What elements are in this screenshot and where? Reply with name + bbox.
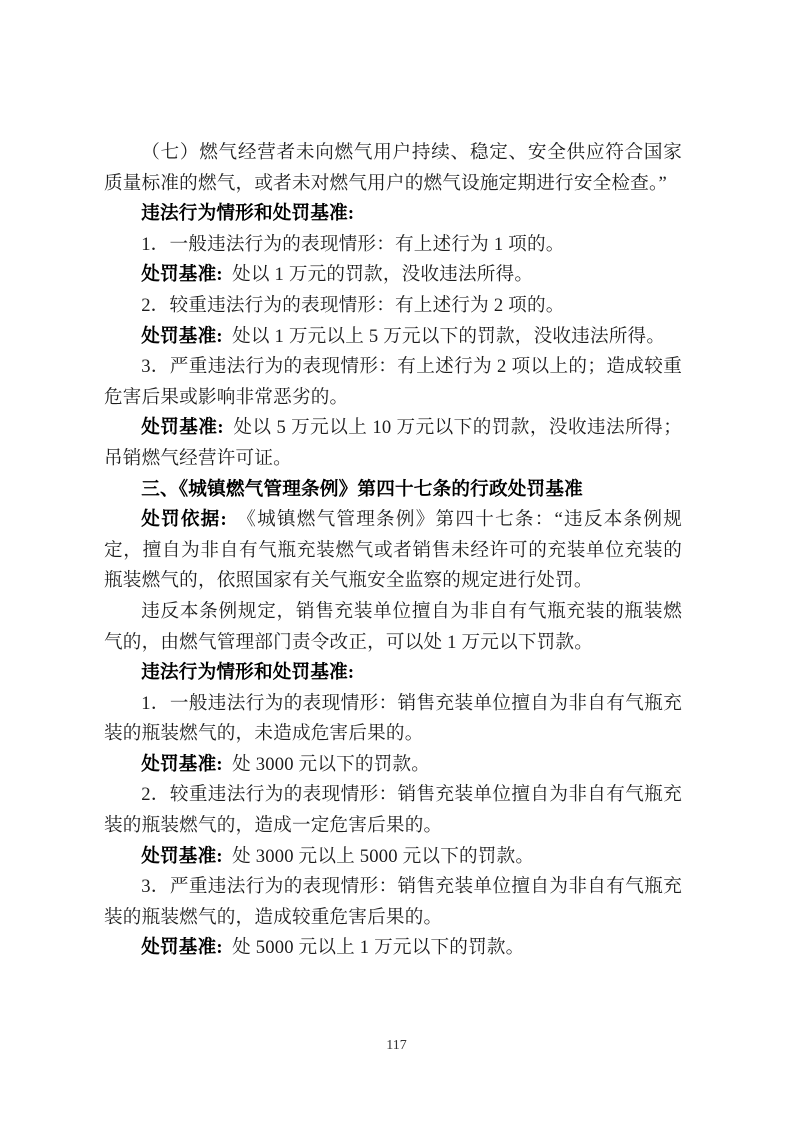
heading-section-three: 三、《城镇燃气管理条例》第四十七条的行政处罚基准 [104, 475, 682, 506]
paragraph-penalty-basis-6: 处罚基准:处 5000 元以上 1 万元以下的罚款。 [104, 933, 682, 964]
heading-violation-and-penalty-basis-2: 违法行为情形和处罚基准: [104, 658, 682, 689]
paragraph-penalty-basis-3: 处罚基准:处以 5 万元以上 10 万元以下的罚款，没收违法所得；吊销燃气经营许… [104, 413, 682, 474]
paragraph-general-violation-1: 1．一般违法行为的表现情形：有上述行为 1 项的。 [104, 230, 682, 261]
paragraph-regulation-violation: 违反本条例规定，销售充装单位擅自为非自有气瓶充装的瓶装燃气的，由燃气管理部门责令… [104, 597, 682, 658]
penalty-basis-text: 处 3000 元以上 5000 元以下的罚款。 [232, 846, 534, 867]
paragraph-moderate-violation-2: 2．较重违法行为的表现情形：销售充装单位擅自为非自有气瓶充装的瓶装燃气的，造成一… [104, 780, 682, 841]
paragraph-moderate-violation-1: 2．较重违法行为的表现情形：有上述行为 2 项的。 [104, 291, 682, 322]
paragraph-penalty-basis-4: 处罚基准:处 3000 元以下的罚款。 [104, 750, 682, 781]
document-body: （七）燃气经营者未向燃气用户持续、稳定、安全供应符合国家质量标准的燃气，或者未对… [104, 138, 682, 964]
penalty-basis-label: 处罚基准: [141, 326, 223, 347]
heading-violation-and-penalty-basis-1: 违法行为情形和处罚基准: [104, 199, 682, 230]
paragraph-general-violation-2: 1．一般违法行为的表现情形：销售充装单位擅自为非自有气瓶充装的瓶装燃气的，未造成… [104, 689, 682, 750]
penalty-legal-basis-label: 处罚依据: [141, 509, 227, 530]
paragraph-penalty-basis-2: 处罚基准:处以 1 万元以上 5 万元以下的罚款，没收违法所得。 [104, 322, 682, 353]
penalty-basis-label: 处罚基准: [141, 417, 224, 438]
paragraph-severe-violation-2: 3．严重违法行为的表现情形：销售充装单位擅自为非自有气瓶充装的瓶装燃气的，造成较… [104, 872, 682, 933]
penalty-basis-text: 处以 1 万元的罚款，没收违法所得。 [232, 264, 533, 285]
penalty-basis-label: 处罚基准: [141, 264, 223, 285]
paragraph-penalty-basis-5: 处罚基准:处 3000 元以上 5000 元以下的罚款。 [104, 842, 682, 873]
page-number: 117 [0, 1038, 793, 1054]
paragraph-severe-violation-1: 3．严重违法行为的表现情形：有上述行为 2 项以上的；造成较重危害后果或影响非常… [104, 352, 682, 413]
penalty-basis-label: 处罚基准: [141, 754, 223, 775]
paragraph-penalty-basis-1: 处罚基准:处以 1 万元的罚款，没收违法所得。 [104, 260, 682, 291]
penalty-basis-label: 处罚基准: [141, 937, 223, 958]
penalty-basis-text: 处 5000 元以上 1 万元以下的罚款。 [232, 937, 524, 958]
penalty-basis-text: 处以 1 万元以上 5 万元以下的罚款，没收违法所得。 [232, 326, 665, 347]
paragraph-item-7-clause: （七）燃气经营者未向燃气用户持续、稳定、安全供应符合国家质量标准的燃气，或者未对… [104, 138, 682, 199]
paragraph-penalty-legal-basis: 处罚依据:《城镇燃气管理条例》第四十七条：“违反本条例规定，擅自为非自有气瓶充装… [104, 505, 682, 597]
document-page: （七）燃气经营者未向燃气用户持续、稳定、安全供应符合国家质量标准的燃气，或者未对… [0, 0, 793, 1122]
penalty-basis-label: 处罚基准: [141, 846, 223, 867]
penalty-basis-text: 处 3000 元以下的罚款。 [232, 754, 430, 775]
